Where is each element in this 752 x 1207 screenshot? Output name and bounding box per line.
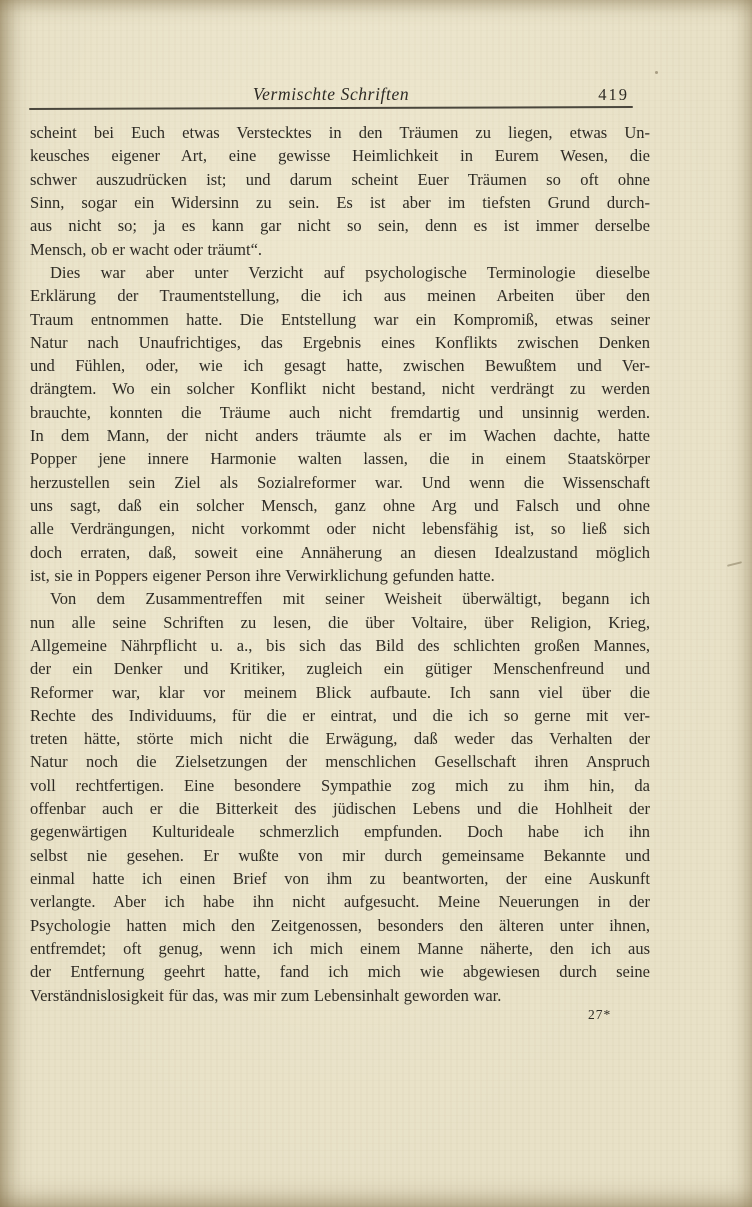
- text-line: Rechte des Individuums, für die er eintr…: [30, 704, 650, 727]
- text-line: schwer auszudrücken ist; und darum schei…: [30, 168, 650, 191]
- text-line: Traum entnommen hatte. Die Entstellung w…: [30, 308, 650, 331]
- text-line: Sinn, sogar ein Widersinn zu sein. Es is…: [30, 191, 650, 214]
- pencil-mark: [727, 561, 742, 567]
- paper-speck: [655, 71, 658, 74]
- text-line: nun alle seine Schriften zu lesen, die ü…: [30, 611, 650, 634]
- text-line: der ein Denker und Kritiker, zugleich ei…: [30, 657, 650, 680]
- text-block: scheint bei Euch etwas Verstecktes in de…: [30, 121, 650, 1007]
- text-line: scheint bei Euch etwas Verstecktes in de…: [30, 121, 650, 144]
- text-line: Reformer war, klar vor meinem Blick aufb…: [30, 681, 650, 704]
- text-line: gegenwärtigen Kulturideale schmerzlich e…: [30, 820, 650, 843]
- running-title: Vermischte Schriften: [253, 84, 409, 104]
- text-line: verlangte. Aber ich habe ihn nicht aufge…: [30, 890, 650, 913]
- text-line: keusches eigener Art, eine gewisse Heiml…: [30, 144, 650, 167]
- text-line: einmal hatte ich einen Brief von ihm zu …: [30, 867, 650, 890]
- page-header: Vermischte Schriften 419: [30, 84, 632, 106]
- text-line: doch erraten, daß, soweit eine Annäherun…: [30, 541, 650, 564]
- text-line: uns sagt, daß ein solcher Mensch, ganz o…: [30, 494, 650, 517]
- text-line: Mensch, ob er wacht oder träumt“.: [30, 238, 650, 261]
- text-line: herzustellen sein Ziel als Sozialreforme…: [30, 471, 650, 494]
- text-line: voll rechtfertigen. Eine besondere Sympa…: [30, 774, 650, 797]
- book-page: Vermischte Schriften 419 scheint bei Euc…: [0, 0, 752, 1207]
- text-line: Psychologie hatten mich den Zeitgenossen…: [30, 914, 650, 937]
- text-line: Dies war aber unter Verzicht auf psychol…: [30, 261, 650, 284]
- header-rule: [29, 106, 633, 110]
- text-line: brauchte, konnten die Träume auch nicht …: [30, 401, 650, 424]
- text-line: Verständnislosigkeit für das, was mir zu…: [30, 984, 650, 1007]
- text-line: aus nicht so; ja es kann gar nicht so se…: [30, 214, 650, 237]
- page-number: 419: [598, 85, 629, 105]
- text-line: der Entfernung geehrt hatte, fand ich mi…: [30, 960, 650, 983]
- text-line: Von dem Zusammentreffen mit seiner Weish…: [30, 587, 650, 610]
- text-line: Natur nach Unaufrichtiges, das Ergebnis …: [30, 331, 650, 354]
- text-line: offenbar auch er die Bitterkeit des jüdi…: [30, 797, 650, 820]
- text-line: Popper jene innere Harmonie walten lasse…: [30, 447, 650, 470]
- text-line: selbst nie gesehen. Er wußte von mir dur…: [30, 844, 650, 867]
- text-line: drängtem. Wo ein solcher Konflikt nicht …: [30, 377, 650, 400]
- text-line: Erklärung der Traumentstellung, die ich …: [30, 284, 650, 307]
- text-line: Allgemeine Nährpflicht u. a., bis sich d…: [30, 634, 650, 657]
- text-line: ist, sie in Poppers eigener Person ihre …: [30, 564, 650, 587]
- text-line: treten hätte, störte mich nicht die Erwä…: [30, 727, 650, 750]
- text-line: und Fühlen, oder, wie ich gesagt hatte, …: [30, 354, 650, 377]
- text-line: In dem Mann, der nicht anders träumte al…: [30, 424, 650, 447]
- text-line: Natur noch die Zielsetzungen der menschl…: [30, 750, 650, 773]
- text-line: alle Verdrängungen, nicht vorkommt oder …: [30, 517, 650, 540]
- text-line: entfremdet; oft genug, wenn ich mich ein…: [30, 937, 650, 960]
- signature-mark: 27*: [588, 1007, 611, 1023]
